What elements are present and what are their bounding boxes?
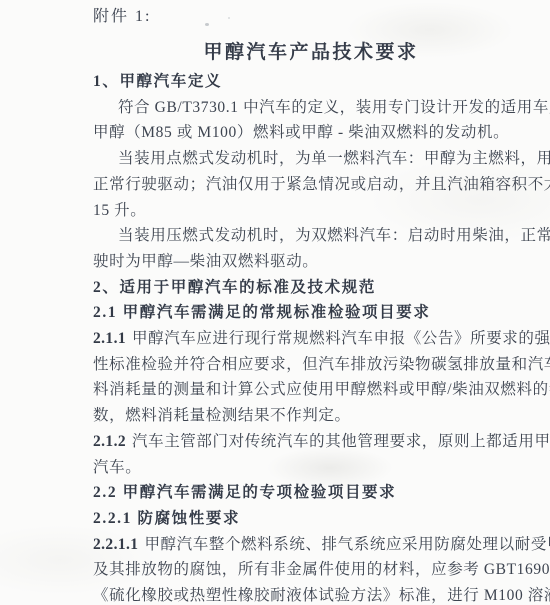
section-heading-2-2: 2.2 甲醇汽车需满足的专项检验项目要求 [93, 480, 529, 506]
clause-number-2-2-1-1: 2.2.1.1 [93, 536, 138, 553]
paragraph-line: 《硫化橡胶或热塑性橡胶耐液体试验方法》标准，进行 M100 溶液的 [93, 583, 529, 605]
paragraph-text: 汽车主管部门对传统汽车的其他管理要求，原则上都适用甲醇 [132, 433, 550, 450]
paragraph-line: 性标准检验并符合相应要求，但汽车排放污染物碳氢排放量和汽车燃 [93, 352, 529, 378]
paragraph-line: 2.1.2汽车主管部门对传统汽车的其他管理要求，原则上都适用甲醇 [93, 429, 529, 455]
paragraph-line: 及其排放物的腐蚀，所有非金属件使用的材料，应参考 GBT1690-2006 [93, 557, 529, 583]
paragraph-line: 数，燃料消耗量检测结果不作判定。 [93, 403, 529, 429]
paragraph-line: 汽车。 [93, 455, 529, 481]
paragraph-line: 甲醇（M85 或 M100）燃料或甲醇 - 柴油双燃料的发动机。 [93, 120, 529, 146]
clause-number-2-1-1: 2.1.1 [93, 330, 126, 347]
paragraph-text: 甲醇汽车应进行现行常规燃料汽车申报《公告》所要求的强制 [132, 330, 550, 347]
document-body: 1、甲醇汽车定义 符合 GB/T3730.1 中汽车的定义，装用专门设计开发的适… [93, 69, 529, 605]
paragraph-line: 15 升。 [93, 198, 529, 224]
section-heading-2-1: 2.1 甲醇汽车需满足的常规标准检验项目要求 [93, 300, 529, 326]
paragraph-line: 当装用压燃式发动机时，为双燃料汽车：启动时用柴油，正常行 [93, 223, 529, 249]
paragraph-line: 料消耗量的测量和计算公式应使用甲醇燃料或甲醇/柴油双燃料的参 [93, 377, 529, 403]
section-heading-2-2-1: 2.2.1 防腐蚀性要求 [93, 506, 529, 532]
clause-number-2-1-2: 2.1.2 [93, 433, 126, 450]
section-heading-1: 1、甲醇汽车定义 [93, 69, 529, 95]
paragraph-line: 当装用点燃式发动机时，为单一燃料汽车：甲醇为主燃料，用于 [93, 146, 529, 172]
paragraph-line: 驶时为甲醇—柴油双燃料驱动。 [93, 249, 529, 275]
document-title: 甲醇汽车产品技术要求 [93, 39, 529, 66]
paragraph-line: 符合 GB/T3730.1 中汽车的定义，装用专门设计开发的适用车用 [93, 95, 529, 121]
section-heading-2: 2、适用于甲醇汽车的标准及技术规范 [93, 275, 529, 301]
paragraph-line: 正常行驶驱动；汽油仅用于紧急情况或启动，并且汽油箱容积不大于 [93, 172, 529, 198]
attachment-label: 附件 1: [93, 6, 529, 28]
paragraph-text: 甲醇汽车整个燃料系统、排气系统应采用防腐处理以耐受甲醇 [144, 536, 550, 553]
scanned-document-page: 附件 1: 甲醇汽车产品技术要求 1、甲醇汽车定义 符合 GB/T3730.1 … [0, 0, 550, 605]
paragraph-line: 2.1.1甲醇汽车应进行现行常规燃料汽车申报《公告》所要求的强制 [93, 326, 529, 352]
paragraph-line: 2.2.1.1甲醇汽车整个燃料系统、排气系统应采用防腐处理以耐受甲醇 [93, 532, 529, 558]
document-content: 附件 1: 甲醇汽车产品技术要求 1、甲醇汽车定义 符合 GB/T3730.1 … [93, 6, 529, 605]
